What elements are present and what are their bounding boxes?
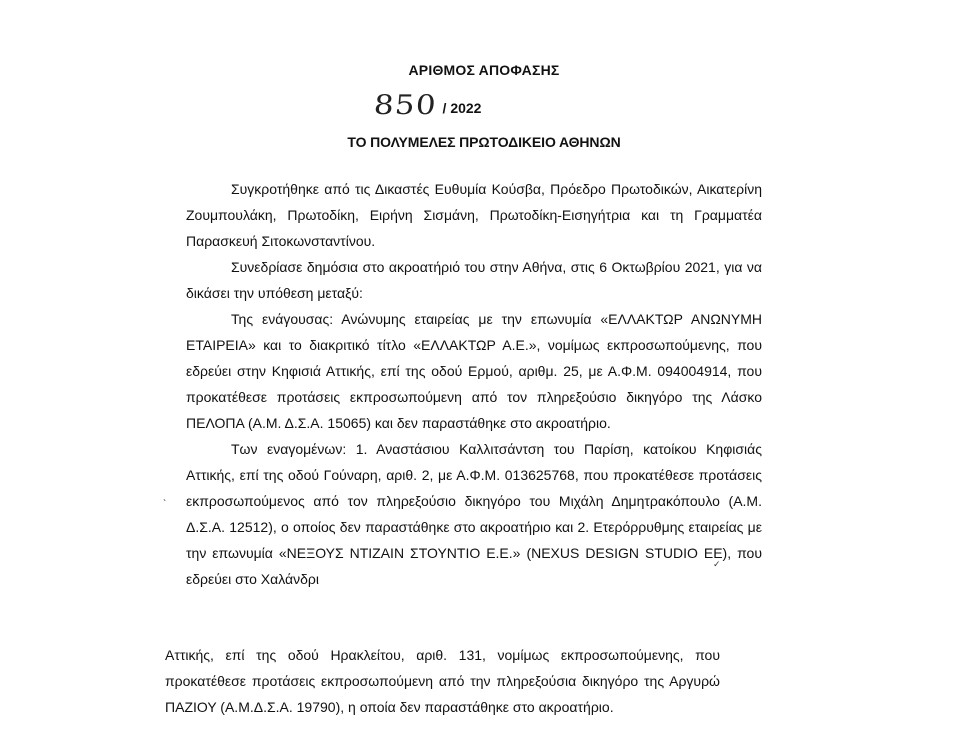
paragraph-continuation: Αττικής, επί της οδού Ηρακλείτου, αριθ. … <box>165 642 720 720</box>
paragraph-defendants: Των εναγομένων: 1. Αναστάσιου Καλλιτσάντ… <box>186 436 762 592</box>
decision-number: 850 / 2022 <box>378 90 481 120</box>
paragraph-composition: Συγκροτήθηκε από τις Δικαστές Ευθυμία Κο… <box>186 176 762 254</box>
court-name: ΤΟ ΠΟΛΥΜΕΛΕΣ ΠΡΩΤΟΔΙΚΕΙΟ ΑΘΗΝΩΝ <box>0 134 968 150</box>
paragraph-plaintiff: Της ενάγουσας: Ανώνυμης εταιρείας με την… <box>186 306 762 436</box>
decision-year: / 2022 <box>443 100 482 120</box>
check-mark-icon: ✓ <box>713 559 721 570</box>
paragraph-session: Συνεδρίασε δημόσια στο ακροατήριό του στ… <box>186 254 762 306</box>
stray-mark-icon: ˎ <box>163 490 167 502</box>
document-body: Συγκροτήθηκε από τις Δικαστές Ευθυμία Κο… <box>186 176 762 592</box>
document-continuation: Αττικής, επί της οδού Ηρακλείτου, αριθ. … <box>165 642 720 720</box>
decision-heading: ΑΡΙΘΜΟΣ ΑΠΟΦΑΣΗΣ <box>0 62 968 78</box>
handwritten-number: 850 <box>373 92 438 120</box>
